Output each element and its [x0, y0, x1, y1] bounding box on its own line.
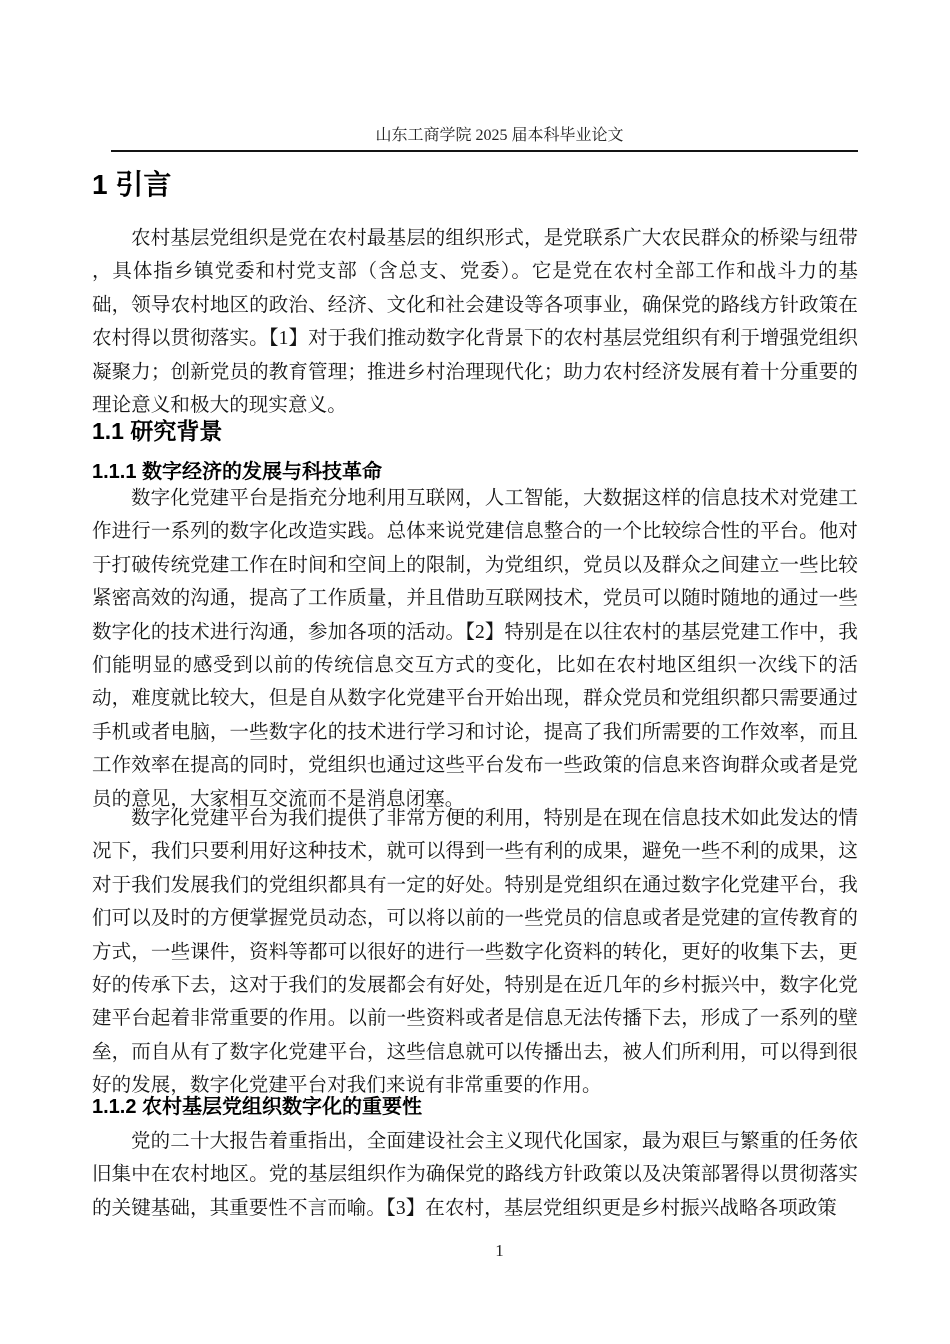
section-heading-1: 1 引言 [92, 167, 858, 203]
paragraph-digital-platform-definition: 数字化党建平台是指充分地利用互联网，人工智能，大数据这样的信息技术对党建工作进行… [92, 482, 858, 816]
section-heading-1-1-2: 1.1.2 农村基层党组织数字化的重要性 [92, 1093, 858, 1121]
page-number: 1 [111, 1241, 858, 1261]
paragraph-rural-party-importance: 党的二十大报告着重指出，全面建设社会主义现代化国家，最为艰巨与繁重的任务依旧集中… [92, 1125, 858, 1225]
section-heading-1-1: 1.1 研究背景 [92, 416, 858, 446]
paragraph-digital-platform-benefits: 数字化党建平台为我们提供了非常方便的利用，特别是在现在信息技术如此发达的情况下，… [92, 802, 858, 1103]
intro-paragraph: 农村基层党组织是党在农村最基层的组织形式，是党联系广大农民群众的桥梁与纽带 ，具… [92, 222, 858, 422]
page-header: 山东工商学院 2025 届本科毕业论文 [111, 127, 858, 145]
header-divider [111, 150, 858, 152]
thesis-page: 山东工商学院 2025 届本科毕业论文 1 引言 农村基层党组织是党在农村最基层… [0, 0, 950, 1344]
